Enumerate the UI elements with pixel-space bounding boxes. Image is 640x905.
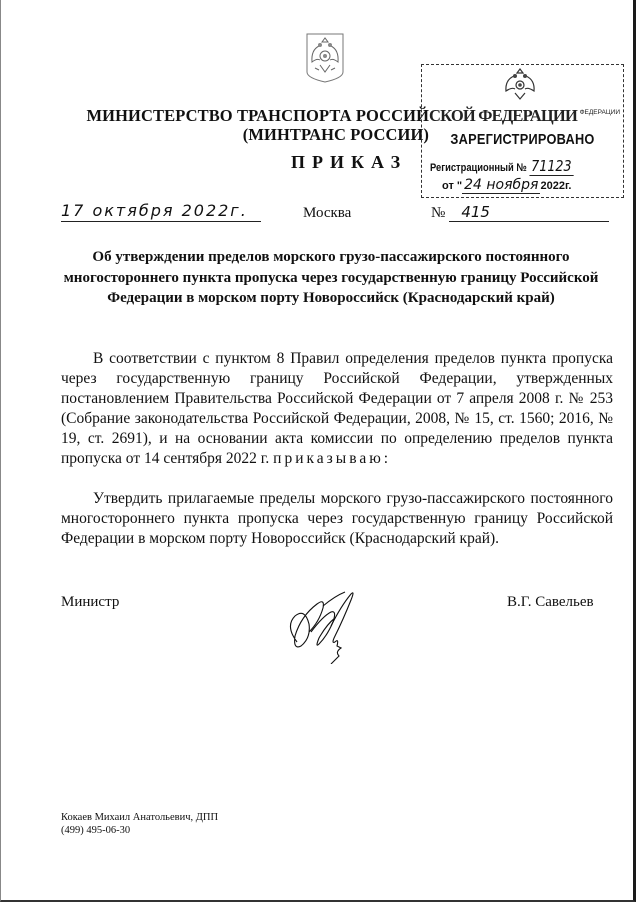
executor-phone: (499) 495-06-30 xyxy=(61,825,218,838)
order-number: №415 xyxy=(431,203,609,222)
order-word: приказываю: xyxy=(273,450,391,467)
order-date: 17 октября 2022г. xyxy=(61,201,261,222)
document-page: МИНИСТЕРСТВО ТРАНСПОРТА РОССИЙ (МИНТРАНС… xyxy=(0,0,636,902)
stamp-reg-label: Регистрационный № xyxy=(430,162,527,174)
stamp-registration-date: от "24 ноября2022г. xyxy=(442,177,571,194)
stamp-date-handwritten: 24 ноября xyxy=(462,177,540,194)
order-date-handwritten: 17 октября 2022г. xyxy=(61,201,248,220)
document-type-heading: ПРИКАЗ xyxy=(291,152,407,173)
order-number-handwritten: 415 xyxy=(449,203,490,221)
stamp-reg-number: 71123 xyxy=(529,157,573,176)
stamp-coat-of-arms-icon xyxy=(502,67,538,101)
ministry-name: МИНИСТЕРСТВО ТРАНСПОРТА РОССИЙ (МИНТРАНС… xyxy=(1,106,429,144)
coat-of-arms-icon xyxy=(305,32,345,84)
signatory-name: В.Г. Савельев xyxy=(507,594,594,611)
stamp-date-prefix: от " xyxy=(442,180,462,192)
stamp-status: ЗАРЕГИСТРИРОВАНО xyxy=(437,131,608,148)
order-title: Об утверждении пределов морского грузо-п… xyxy=(41,247,621,309)
signature-icon xyxy=(279,586,389,664)
preamble-paragraph: В соответствии с пунктом 8 Правил опреде… xyxy=(61,349,613,469)
stamp-authority: ФЕДЕРАЦИИ xyxy=(422,109,623,116)
stamp-date-year: 2022г. xyxy=(540,180,571,192)
signatory-position: Министр xyxy=(61,594,119,611)
ministry-line2: (МИНТРАНС РОССИИ) xyxy=(1,125,429,144)
stamp-registration-number: Регистрационный № 71123 xyxy=(430,157,573,176)
executor-name: Кокаев Михаил Анатольевич, ДПП xyxy=(61,812,218,825)
executor-contact: Кокаев Михаил Анатольевич, ДПП (499) 495… xyxy=(61,812,218,837)
operative-paragraph: Утвердить прилагаемые пределы морского г… xyxy=(61,489,613,549)
ministry-line1: МИНИСТЕРСТВО ТРАНСПОРТА РОССИЙ xyxy=(87,106,430,125)
order-number-label: № xyxy=(431,205,445,221)
registration-stamp: ФЕДЕРАЦИИ ЗАРЕГИСТРИРОВАНО Регистрационн… xyxy=(421,64,624,198)
order-city: Москва xyxy=(303,205,351,222)
